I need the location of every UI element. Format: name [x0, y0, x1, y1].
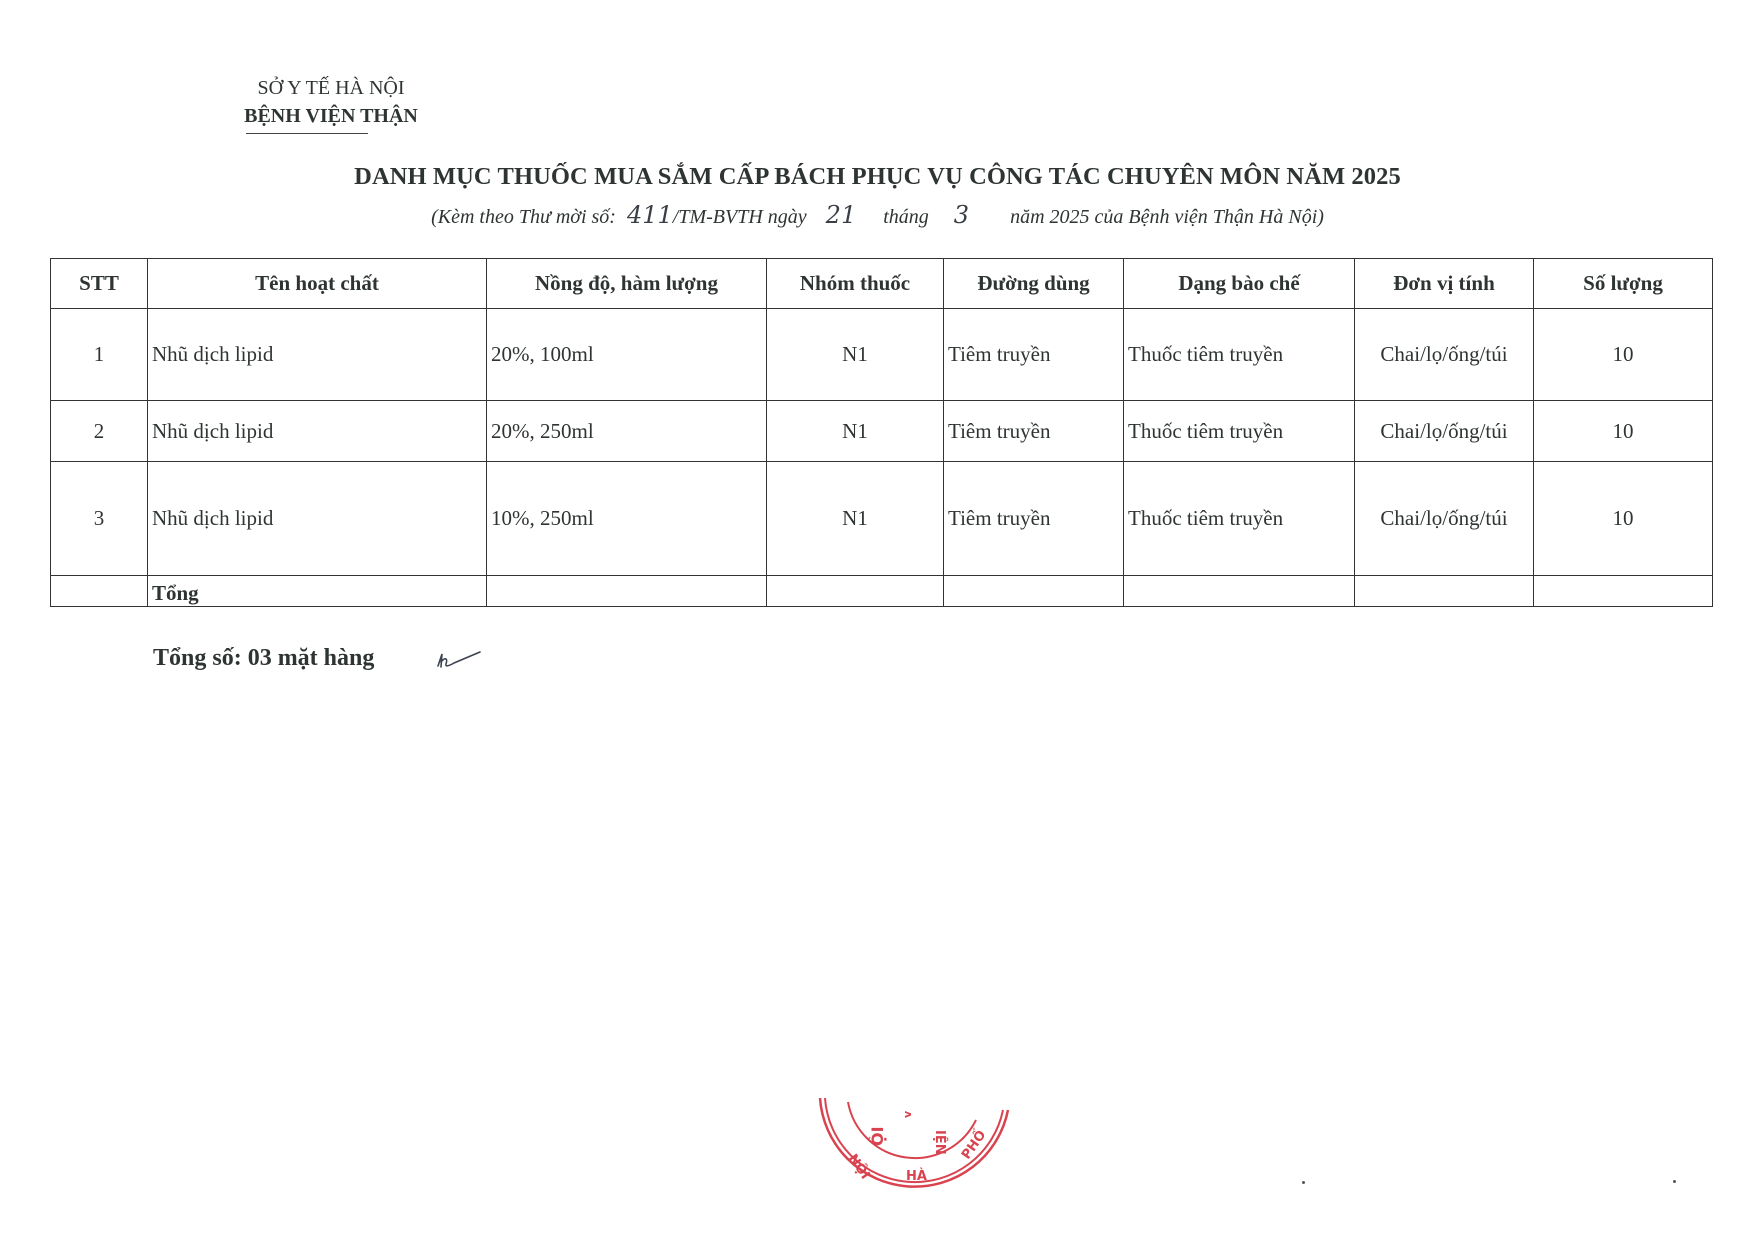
cell-unit: Chai/lọ/ống/túi	[1355, 462, 1534, 576]
scan-speck	[1673, 1180, 1676, 1183]
drug-list-table: STT Tên hoạt chất Nồng độ, hàm lượng Nhó…	[50, 258, 1713, 607]
cell-unit: Chai/lọ/ống/túi	[1355, 401, 1534, 462]
column-header-route: Đường dùng	[944, 259, 1124, 309]
cell-unit: Chai/lọ/ống/túi	[1355, 309, 1534, 401]
cell-group: N1	[767, 401, 944, 462]
svg-text:v: v	[901, 1110, 914, 1118]
red-official-seal-icon: NỘI HÀ PHỐ IỆN ỘI v	[808, 1098, 1018, 1203]
column-header-drug-group: Nhóm thuốc	[767, 259, 944, 309]
cell-group: N1	[767, 309, 944, 401]
table-row: 1 Nhũ dịch lipid 20%, 100ml N1 Tiêm truy…	[51, 309, 1713, 401]
column-header-unit: Đơn vị tính	[1355, 259, 1534, 309]
subtitle-suffix: năm 2025 của Bệnh viện Thận Hà Nội)	[1010, 206, 1324, 228]
cell-route: Tiêm truyền	[944, 462, 1124, 576]
cell-form: Thuốc tiêm truyền	[1124, 401, 1355, 462]
column-header-dosage-form: Dạng bào chế	[1124, 259, 1355, 309]
cell-form: Thuốc tiêm truyền	[1124, 309, 1355, 401]
cell-empty	[51, 576, 148, 607]
issuing-agency-block: SỞ Y TẾ HÀ NỘI BỆNH VIỆN THẬN	[218, 74, 444, 130]
handwritten-letter-number: 411	[627, 201, 673, 229]
cell-name: Nhũ dịch lipid	[148, 309, 487, 401]
cell-empty	[1534, 576, 1713, 607]
handwritten-day: 21	[826, 201, 857, 229]
agency-name: SỞ Y TẾ HÀ NỘI	[218, 74, 444, 102]
column-header-stt: STT	[51, 259, 148, 309]
subtitle-prefix: (Kèm theo Thư mời số:	[431, 206, 616, 228]
handwritten-month: 3	[954, 201, 969, 229]
subtitle-code: /TM-BVTH ngày	[673, 206, 807, 228]
cell-quantity: 10	[1534, 462, 1713, 576]
column-header-active-ingredient: Tên hoạt chất	[148, 259, 487, 309]
table-row: 2 Nhũ dịch lipid 20%, 250ml N1 Tiêm truy…	[51, 401, 1713, 462]
agency-underline-divider	[246, 133, 368, 134]
cell-empty	[767, 576, 944, 607]
svg-text:HÀ: HÀ	[906, 1168, 927, 1184]
subtitle-month-label: tháng	[883, 206, 929, 228]
cell-quantity: 10	[1534, 401, 1713, 462]
cell-stt: 3	[51, 462, 148, 576]
cell-group: N1	[767, 462, 944, 576]
cell-empty	[487, 576, 767, 607]
svg-text:ỘI: ỘI	[867, 1126, 887, 1146]
document-subtitle: (Kèm theo Thư mời số: 411/TM-BVTH ngày 2…	[0, 201, 1755, 229]
table-total-row: Tổng	[51, 576, 1713, 607]
column-header-quantity: Số lượng	[1534, 259, 1713, 309]
cell-strength: 20%, 250ml	[487, 401, 767, 462]
total-items-summary: Tổng số: 03 mặt hàng	[153, 645, 374, 672]
cell-stt: 1	[51, 309, 148, 401]
cell-empty	[1355, 576, 1534, 607]
cell-stt: 2	[51, 401, 148, 462]
table-row: 3 Nhũ dịch lipid 10%, 250ml N1 Tiêm truy…	[51, 462, 1713, 576]
department-name: BỆNH VIỆN THẬN	[218, 102, 444, 130]
scan-speck	[1302, 1181, 1305, 1184]
document-title: DANH MỤC THUỐC MUA SẮM CẤP BÁCH PHỤC VỤ …	[0, 163, 1755, 191]
table-header-row: STT Tên hoạt chất Nồng độ, hàm lượng Nhó…	[51, 259, 1713, 309]
cell-strength: 20%, 100ml	[487, 309, 767, 401]
cell-route: Tiêm truyền	[944, 309, 1124, 401]
cell-name: Nhũ dịch lipid	[148, 462, 487, 576]
total-label: Tổng	[148, 576, 487, 607]
svg-text:IỆN: IỆN	[932, 1130, 948, 1155]
svg-text:NỘI: NỘI	[845, 1151, 873, 1182]
column-header-strength: Nồng độ, hàm lượng	[487, 259, 767, 309]
initial-signature-icon	[432, 646, 482, 677]
cell-strength: 10%, 250ml	[487, 462, 767, 576]
cell-route: Tiêm truyền	[944, 401, 1124, 462]
cell-name: Nhũ dịch lipid	[148, 401, 487, 462]
cell-empty	[1124, 576, 1355, 607]
cell-form: Thuốc tiêm truyền	[1124, 462, 1355, 576]
cell-empty	[944, 576, 1124, 607]
cell-quantity: 10	[1534, 309, 1713, 401]
